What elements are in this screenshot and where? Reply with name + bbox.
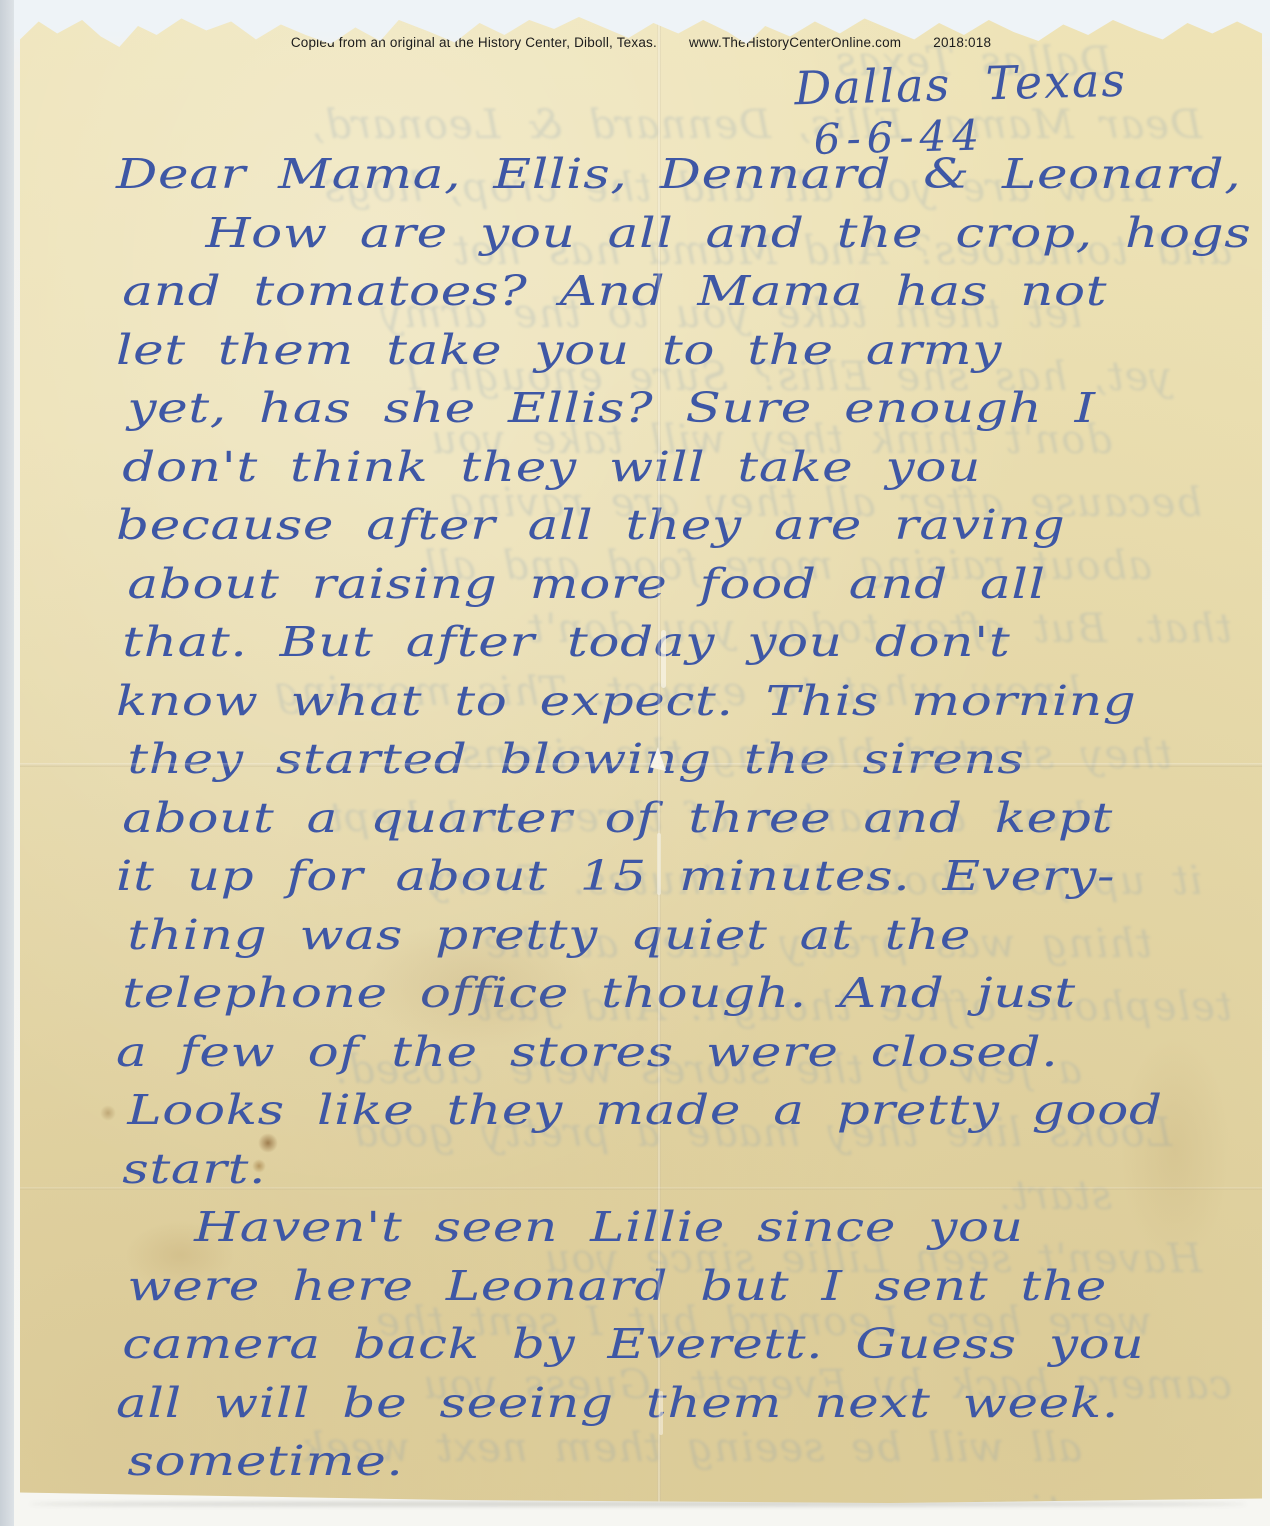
provenance-accession: 2018:018 — [933, 35, 991, 50]
letter-line: were here Leonard but I sent the — [127, 1257, 1250, 1316]
letter-line: let them take you to the army — [116, 321, 1250, 380]
letter-line: camera back by Everett. Guess you — [122, 1315, 1250, 1374]
letter-line: it up for about 15 minutes. Every- — [116, 847, 1250, 906]
letter-line: a few of the stores were closed. — [116, 1023, 1250, 1082]
letter-salutation: Dear Mama, Ellis, Dennard & Leonard, — [116, 145, 1250, 204]
letter-paper: Dallas TexasDear Mama, Ellis, Dennard & … — [20, 5, 1262, 1506]
paper-stain — [100, 1105, 116, 1121]
letter-line: that. But after today you don't — [122, 613, 1250, 672]
crease-wear-mark — [659, 1391, 663, 1435]
provenance-url: www.TheHistoryCenterOnline.com — [689, 35, 901, 50]
provenance-caption: Copied from an original at the History C… — [291, 35, 657, 50]
letter-line: about raising more food and all — [127, 555, 1250, 614]
letter-line: about a quarter of three and kept — [122, 789, 1250, 848]
letter-line: because after all they are raving — [116, 496, 1250, 555]
letter-line: and tomatoes? And Mama has not — [122, 262, 1250, 321]
scanner-edge — [0, 0, 14, 1526]
letter-line: telephone office though. And just — [122, 964, 1250, 1023]
scanned-letter-page: { "colors": { "ink": "#3e57a5", "paper":… — [0, 0, 1270, 1526]
letter-line: thing was pretty quiet at the — [127, 906, 1250, 965]
letter-line: How are you all and the crop, hogs — [127, 204, 1250, 263]
letter-line: Looks like they made a pretty good — [127, 1081, 1250, 1140]
letter-place: Dallas Texas — [794, 53, 1128, 116]
letter-line: yet, has she Ellis? Sure enough I — [127, 379, 1250, 438]
letter-line: sometime. — [127, 1432, 1250, 1491]
letter-line: they started blowing the sirens — [127, 730, 1250, 789]
letter-line: don't think they will take you — [122, 438, 1250, 497]
letter-body: Dear Mama, Ellis, Dennard & Leonard, How… — [116, 145, 1250, 1491]
letter-line: know what to expect. This morning — [116, 672, 1250, 731]
scan-provenance-header: Copied from an original at the History C… — [20, 35, 1262, 50]
horizontal-fold-crease-faint — [20, 1187, 1262, 1190]
paper-bottom-shadow — [30, 1502, 1246, 1506]
crease-wear-mark — [657, 833, 661, 895]
crease-wear-mark — [661, 630, 666, 688]
letter-line: Haven't seen Lillie since you — [116, 1198, 1250, 1257]
letter-line: all will be seeing them next week. — [116, 1374, 1250, 1433]
horizontal-fold-crease — [20, 763, 1262, 767]
